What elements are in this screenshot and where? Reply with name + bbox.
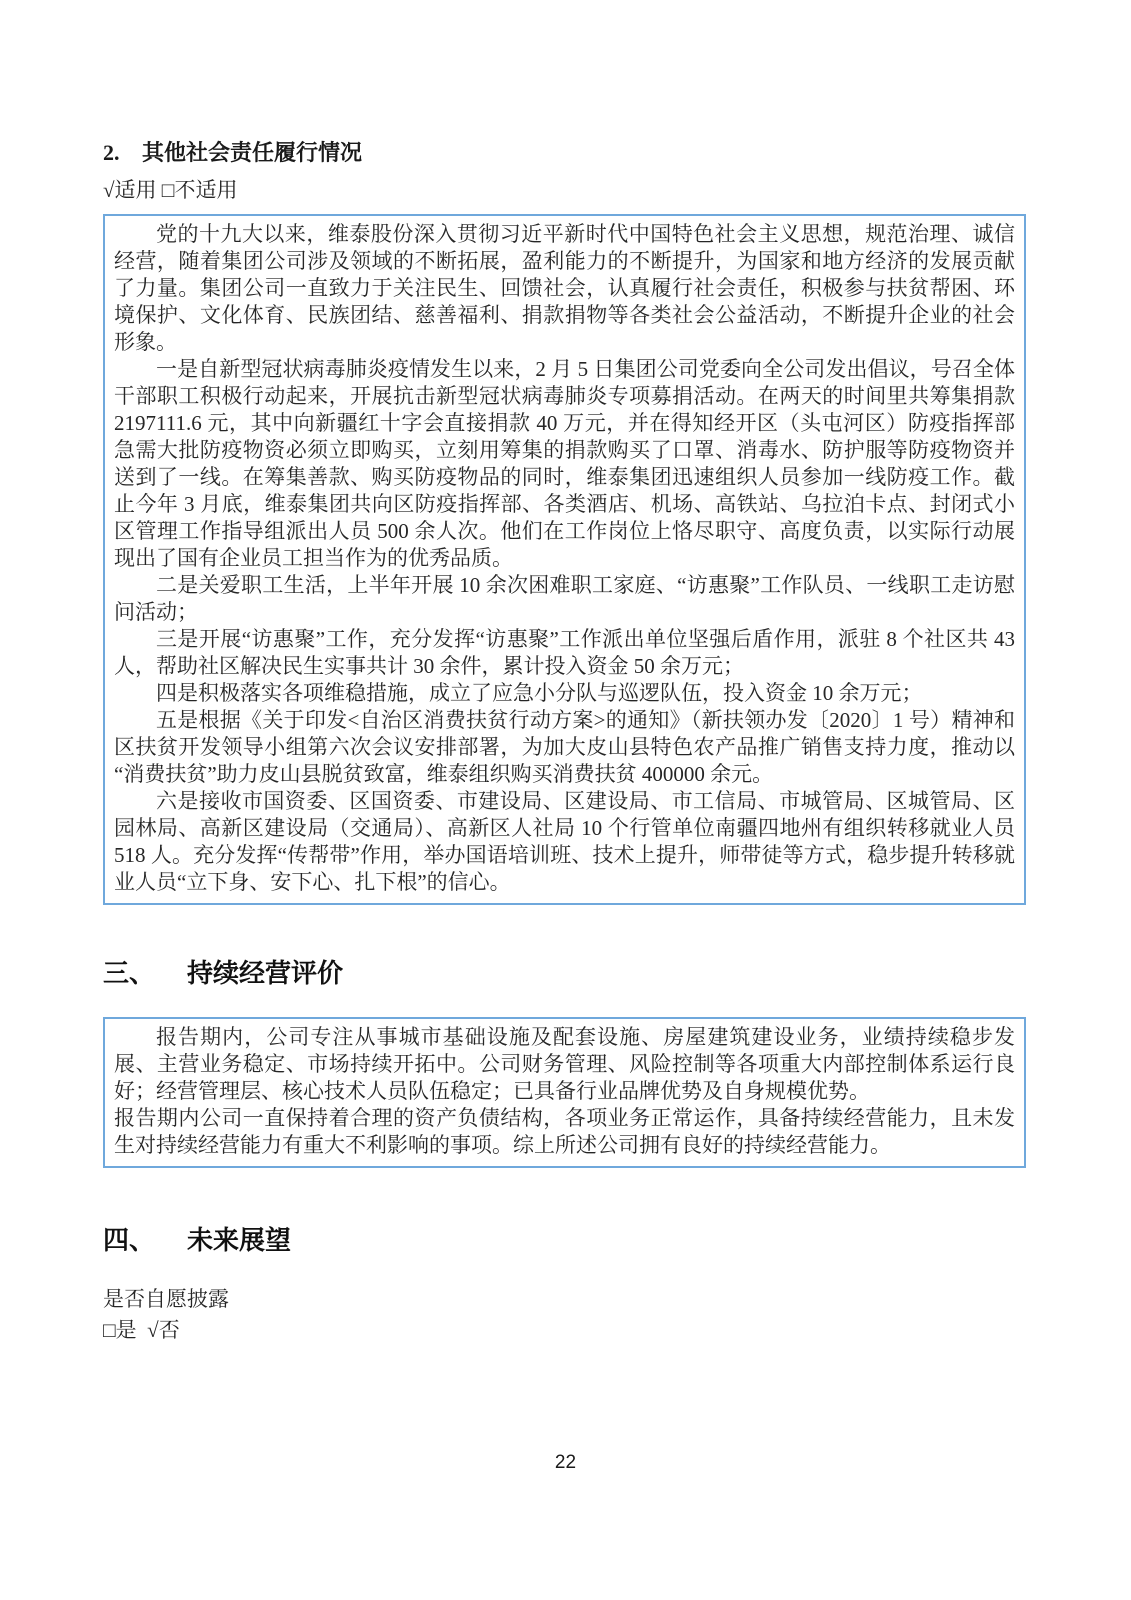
csr-text-box: 党的十九大以来，维泰股份深入贯彻习近平新时代中国特色社会主义思想，规范治理、诚信… [103,214,1026,905]
section-title: 其他社会责任履行情况 [142,138,362,168]
section-number: 四、 [103,1224,187,1258]
section-title: 未来展望 [187,1224,291,1258]
paragraph: 三是开展“访惠聚”工作，充分发挥“访惠聚”工作派出单位坚强后盾作用，派驻 8 个… [114,626,1015,680]
section-heading-other-csr: 2. 其他社会责任履行情况 [103,138,1026,168]
section-number: 三、 [103,957,187,991]
section-number: 2. [103,138,142,168]
document-page: 2. 其他社会责任履行情况 √适用 □不适用 党的十九大以来，维泰股份深入贯彻习… [0,0,1131,1600]
section-heading-future-outlook: 四、 未来展望 [103,1224,1026,1258]
section-title: 持续经营评价 [187,957,343,991]
paragraph: 五是根据《关于印发<自治区消费扶贫行动方案>的通知》（新扶领办发〔2020〕1 … [114,707,1015,788]
paragraph: 一是自新型冠状病毒肺炎疫情发生以来，2 月 5 日集团公司党委向全公司发出倡议，… [114,356,1015,572]
page-number: 22 [0,1452,1131,1474]
paragraph: 四是积极落实各项维稳措施，成立了应急小分队与巡逻队伍，投入资金 10 余万元； [114,680,1015,707]
paragraph: 党的十九大以来，维泰股份深入贯彻习近平新时代中国特色社会主义思想，规范治理、诚信… [114,221,1015,356]
paragraph: 报告期内公司一直保持着合理的资产负债结构，各项业务正常运作，具备持续经营能力，且… [114,1105,1015,1159]
applicability-checkline: √适用 □不适用 [103,175,1026,205]
disclosure-answer-checkline: □是 √否 [103,1315,1026,1346]
disclosure-question: 是否自愿披露 [103,1284,1026,1315]
going-concern-text-box: 报告期内，公司专注从事城市基础设施及配套设施、房屋建筑建设业务，业绩持续稳步发展… [103,1017,1026,1168]
paragraph: 六是接收市国资委、区国资委、市建设局、区建设局、市工信局、市城管局、区城管局、区… [114,788,1015,896]
section-heading-going-concern: 三、 持续经营评价 [103,957,1026,991]
paragraph: 二是关爱职工生活，上半年开展 10 余次困难职工家庭、“访惠聚”工作队员、一线职… [114,572,1015,626]
paragraph: 报告期内，公司专注从事城市基础设施及配套设施、房屋建筑建设业务，业绩持续稳步发展… [114,1024,1015,1105]
